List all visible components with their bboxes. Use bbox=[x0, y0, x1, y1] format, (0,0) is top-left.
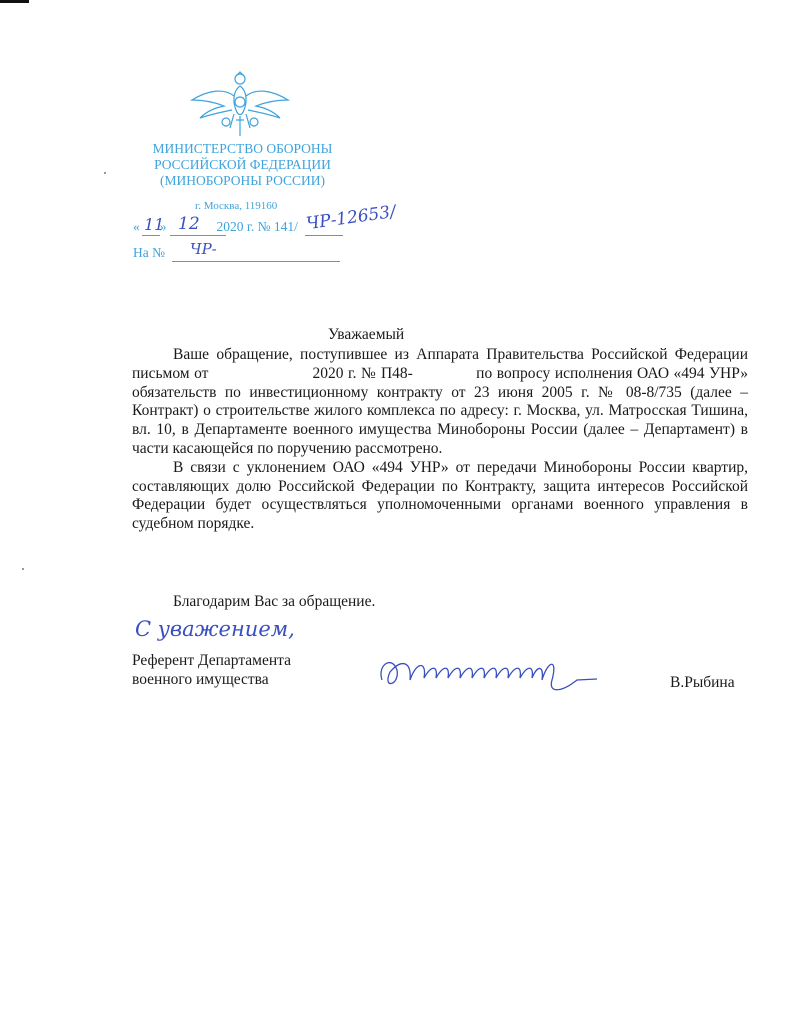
scan-speck bbox=[22, 568, 24, 570]
ministry-line-3: (МИНОБОРОНЫ РОССИИ) bbox=[140, 173, 345, 189]
paragraph-1: Ваше обращение, поступившее из Аппарата … bbox=[132, 346, 748, 459]
greeting: Уважаемый bbox=[328, 326, 404, 344]
position-line-1: Референт Департамента bbox=[132, 651, 291, 670]
registration-year-number: 2020 г. № 141/ bbox=[217, 219, 298, 234]
ministry-line-1: МИНИСТЕРСТВО ОБОРОНЫ bbox=[140, 141, 345, 157]
handwritten-closing: С уважением, bbox=[135, 617, 295, 641]
signature-scribble-icon bbox=[372, 650, 602, 700]
scan-edge-mark bbox=[0, 0, 29, 3]
day-underline bbox=[142, 235, 160, 236]
letter-body: Ваше обращение, поступившее из Аппарата … bbox=[132, 346, 748, 534]
position-line-2: военного имущества bbox=[132, 670, 291, 689]
scan-speck bbox=[104, 172, 106, 174]
handwritten-month: 12 bbox=[178, 214, 200, 234]
handwritten-day: 11 bbox=[144, 215, 164, 234]
number-underline bbox=[305, 235, 343, 236]
thanks-line: Благодарим Вас за обращение. bbox=[173, 593, 375, 611]
signer-position: Референт Департамента военного имущества bbox=[132, 651, 291, 689]
month-underline bbox=[170, 235, 226, 236]
eagle-emblem-icon bbox=[190, 70, 290, 138]
city-address: г. Москва, 119160 bbox=[195, 200, 277, 212]
paragraph-2: В связи с уклонением ОАО «494 УНР» от пе… bbox=[132, 459, 748, 534]
quote-open: « bbox=[133, 219, 140, 234]
handwritten-reference: ЧР- bbox=[190, 240, 217, 258]
ministry-name: МИНИСТЕРСТВО ОБОРОНЫ РОССИЙСКОЙ ФЕДЕРАЦИ… bbox=[140, 141, 345, 189]
reference-label: На № bbox=[133, 245, 165, 261]
ministry-line-2: РОССИЙСКОЙ ФЕДЕРАЦИИ bbox=[140, 157, 345, 173]
signer-name: В.Рыбина bbox=[670, 674, 735, 692]
handwritten-reg-number: ЧР-12653/ bbox=[305, 202, 397, 234]
reference-underline bbox=[172, 261, 340, 262]
